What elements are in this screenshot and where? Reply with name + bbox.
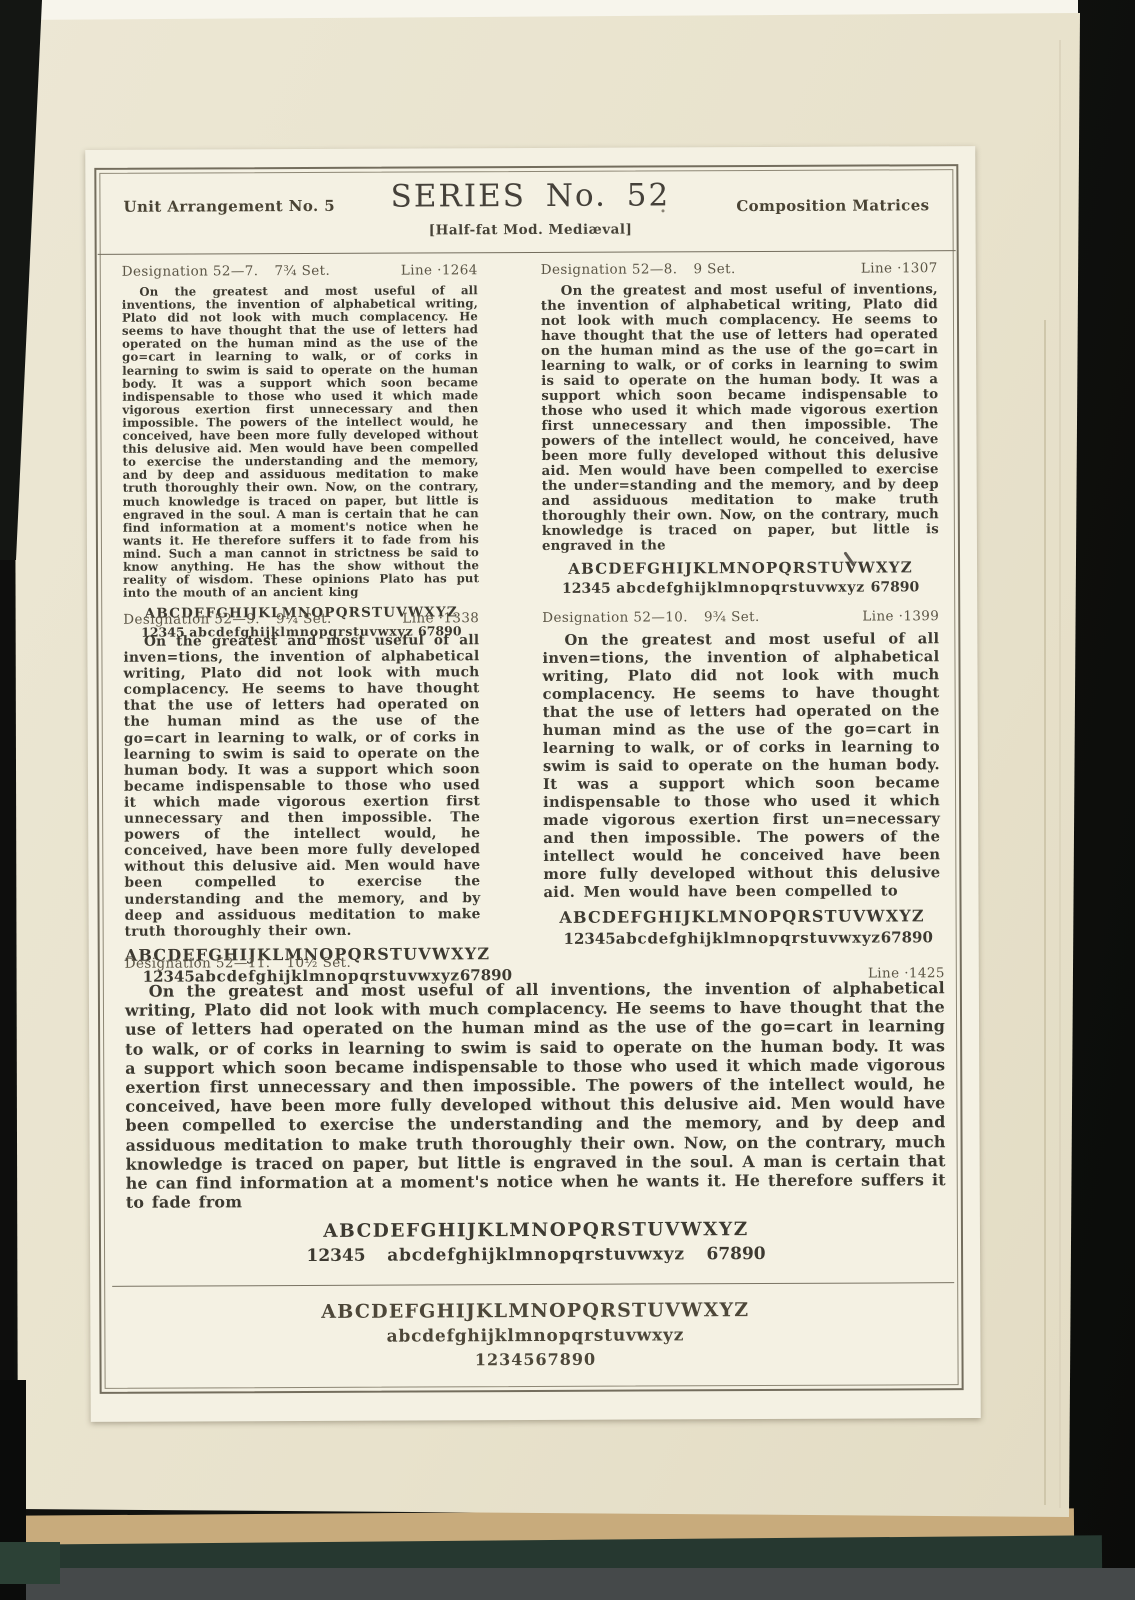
ink-speck: [661, 209, 664, 212]
designation-label: Designation 52—8.: [541, 261, 678, 278]
designation-row: Designation 52—7.7¾ Set. Line ·1264: [122, 262, 478, 280]
specimen-paragraph: On the greatest and most useful of all i…: [122, 284, 479, 600]
composition-matrices-label: Composition Matrices: [736, 196, 929, 215]
alphabet-lowercase: abcdefghijklmnopqrstuvwxyz: [387, 1245, 685, 1266]
line-number: Line ·1307: [861, 260, 938, 276]
figures-right: 67890: [881, 928, 933, 946]
designation-label: Designation 52—10.: [542, 609, 688, 626]
figures-row: 12345 abcdefghijklmnopqrstuvwxyz 67890: [306, 1244, 765, 1266]
alphabet-lowercase: abcdefghijklmnopqrstuvwxyz: [616, 580, 865, 597]
underlying-page-edge-line: [1059, 40, 1061, 1508]
specimen-paragraph: On the greatest and most useful of all i…: [125, 978, 946, 1212]
figures-right: 67890: [706, 1244, 765, 1264]
line-number: Line ·1338: [402, 610, 479, 626]
designation: Designation 52—11.10½ Set.: [125, 955, 351, 972]
cover-corner-green: [0, 1542, 60, 1584]
designation-row: Designation 52—8.9 Set. Line ·1307: [541, 260, 938, 278]
footer-alphabet-lowercase: abcdefghijklmnopqrstuvwxyz: [90, 1324, 980, 1348]
figures-row: 12345 abcdefghijklmnopqrstuvwxyz 67890: [542, 579, 939, 597]
specimen-block-52-11: Designation 52—11.10½ Set. Line ·1425 On…: [125, 952, 946, 1267]
specimen-block-52-8: Designation 52—8.9 Set. Line ·1307 On th…: [541, 260, 939, 597]
specimen-paragraph: On the greatest and most useful of all i…: [123, 632, 480, 939]
designation: Designation 52—10.9¾ Set.: [542, 609, 759, 626]
designation-label: Designation 52—11.: [125, 955, 271, 972]
set-size: 10½ Set.: [286, 955, 351, 971]
designation-label: Designation 52—7.: [122, 263, 259, 280]
set-size: 9¼ Set.: [276, 611, 332, 627]
specimen-block-52-7: Designation 52—7.7¾ Set. Line ·1264 On t…: [122, 262, 480, 640]
set-size: 7¾ Set.: [274, 263, 330, 279]
set-size: 9¾ Set.: [704, 609, 760, 625]
designation: Designation 52—9.9¼ Set.: [123, 611, 331, 628]
underlying-page-edge-line: [1044, 320, 1046, 1505]
footer-alphabet-uppercase: ABCDEFGHIJKLMNOPQRSTUVWXYZ: [90, 1298, 980, 1324]
designation-label: Designation 52—9.: [123, 611, 260, 628]
footer-figures: 1234567890: [90, 1348, 980, 1371]
designation: Designation 52—8.9 Set.: [541, 261, 736, 278]
set-size: 9 Set.: [693, 261, 735, 277]
scan-background-band: [0, 1568, 1135, 1600]
figures-left: 12345: [562, 581, 611, 597]
designation-row: Designation 52—11.10½ Set. Line ·1425: [125, 952, 945, 972]
specimen-paragraph: On the greatest and most useful of inven…: [541, 282, 939, 554]
figures-right: 67890: [871, 579, 920, 595]
line-number: Line ·1264: [401, 262, 478, 278]
figures-left: 12345: [306, 1246, 365, 1266]
specimen-paragraph: On the greatest and most useful of all i…: [542, 630, 940, 902]
alphabet-uppercase: ABCDEFGHIJKLMNOPQRSTUVWXYZ: [542, 558, 939, 578]
scanned-book-page: Unit Arrangement No. 5 SERIES No. 52 [Ha…: [0, 0, 1135, 1600]
alphabet-lowercase: abcdefghijklmnopqrstuvwxyz: [616, 928, 881, 947]
designation-row: Designation 52—10.9¾ Set. Line ·1399: [542, 608, 939, 626]
designation-row: Designation 52—9.9¼ Set. Line ·1338: [123, 610, 479, 628]
specimen-block-52-10: Designation 52—10.9¾ Set. Line ·1399 On …: [542, 608, 940, 948]
figures-row: 12345 abcdefghijklmnopqrstuvwxyz 67890: [544, 928, 941, 948]
specimen-sheet: Unit Arrangement No. 5 SERIES No. 52 [Ha…: [85, 146, 981, 1422]
line-number: Line ·1425: [868, 965, 945, 981]
alphabet-uppercase: ABCDEFGHIJKLMNOPQRSTUVWXYZ: [126, 1219, 946, 1244]
figures-left: 12345: [563, 930, 615, 948]
alphabet-uppercase: ABCDEFGHIJKLMNOPQRSTUVWXYZ: [544, 906, 941, 927]
line-number: Line ·1399: [862, 608, 939, 624]
footer-specimen: ABCDEFGHIJKLMNOPQRSTUVWXYZ abcdefghijklm…: [90, 1298, 980, 1371]
designation: Designation 52—7.7¾ Set.: [122, 263, 330, 280]
specimen-block-52-9: Designation 52—9.9¼ Set. Line ·1338 On t…: [123, 610, 481, 985]
